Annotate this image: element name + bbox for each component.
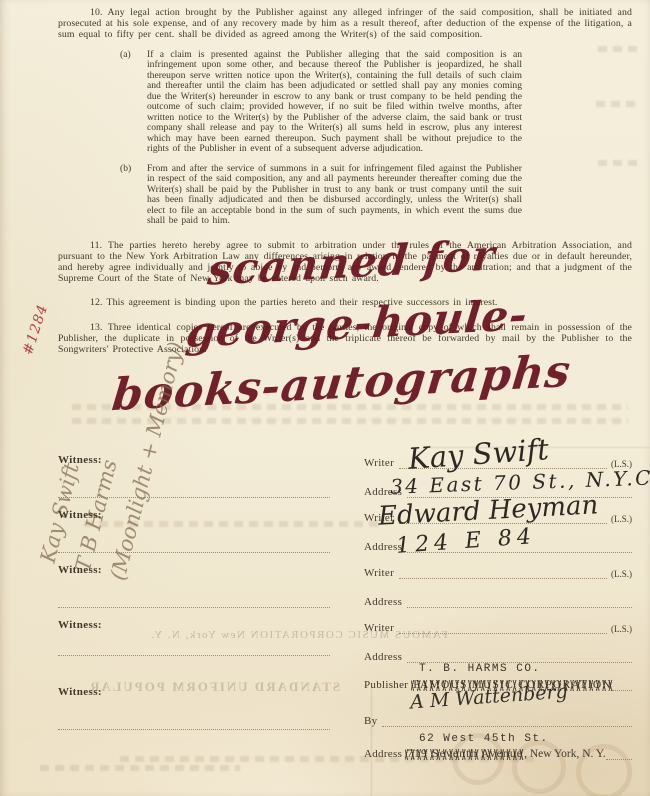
writer-label: Writer xyxy=(364,512,394,524)
address-line xyxy=(407,539,632,553)
struck-publisher-name: FAMOUS MUSIC CORPORATION xyxy=(413,679,612,691)
address-label: Address xyxy=(364,748,402,760)
paragraph-10b-text: From and after the service of summons in… xyxy=(147,164,522,227)
paragraph-10: 10. Any legal action brought by the Publ… xyxy=(58,7,632,41)
ls-seal-label: (L.S.) xyxy=(611,459,632,469)
signature-row-3: Witness: Writer (L.S.) Address xyxy=(58,557,632,612)
writer-signature-line xyxy=(399,565,607,579)
writer-label: Writer xyxy=(364,622,394,634)
signature-row-2: Witness: Writer (L.S.) Address xyxy=(58,502,632,557)
publisher-line xyxy=(612,677,632,691)
witness-signature-line xyxy=(58,729,330,730)
paragraph-10a-label: (a) xyxy=(120,50,147,155)
margin-catalog-number: #1284 xyxy=(20,302,51,357)
writer-label: Writer xyxy=(364,457,394,469)
writer-signature-line xyxy=(399,510,607,524)
signature-row-1: Witness: Writer (L.S.) Address xyxy=(58,447,632,502)
publisher-address-rest: , New York, N. Y. xyxy=(524,748,605,760)
publisher-row: Witness: T. B. HARMS CO. Publisher FAMOU… xyxy=(58,660,632,760)
writer-label: Writer xyxy=(364,567,394,579)
witness-signature-line xyxy=(58,552,330,553)
witness-signature-line xyxy=(58,655,330,656)
paragraph-11: 11. The parties hereto hereby agree to s… xyxy=(58,240,632,285)
address-label: Address xyxy=(364,486,402,498)
witness-label: Witness: xyxy=(58,564,330,576)
signature-row-4: Witness: Writer (L.S.) Address xyxy=(58,612,632,660)
writer-signature-line xyxy=(399,455,607,469)
paragraph-12: 12. This agreement is binding upon the p… xyxy=(58,297,632,308)
witness-label: Witness: xyxy=(58,686,330,698)
paragraph-10a: (a) If a claim is presented against the … xyxy=(120,50,522,155)
publisher-address-stamp: 62 West 45th St. xyxy=(419,733,632,745)
paragraph-10b-label: (b) xyxy=(120,164,147,227)
publisher-label: Publisher xyxy=(364,679,408,691)
contract-body: 10. Any legal action brought by the Publ… xyxy=(58,7,632,364)
address-line xyxy=(407,484,632,498)
address-label: Address xyxy=(364,596,402,608)
publisher-name-stamp: T. B. HARMS CO. xyxy=(419,663,632,675)
paragraph-10a-text: If a claim is presented against the Publ… xyxy=(147,50,522,155)
by-label: By xyxy=(364,715,377,727)
signature-section: Witness: Writer (L.S.) Address Witness: xyxy=(58,447,632,760)
bleedthrough-fragment xyxy=(40,765,240,771)
ls-seal-label: (L.S.) xyxy=(611,624,632,634)
witness-label: Witness: xyxy=(58,454,330,466)
address-label: Address xyxy=(364,541,402,553)
witness-label: Witness: xyxy=(58,619,330,631)
by-signature-line xyxy=(382,713,632,727)
witness-signature-line xyxy=(58,607,330,608)
witness-signature-line xyxy=(58,497,330,498)
witness-label: Witness: xyxy=(58,509,330,521)
struck-publisher-address: 719 Seventh Avenue xyxy=(407,748,523,760)
ls-seal-label: (L.S.) xyxy=(611,514,632,524)
contract-page: FAMOUS MUSIC CORPORATION New York, N. Y.… xyxy=(0,0,650,796)
paragraph-10b: (b) From and after the service of summon… xyxy=(120,164,522,227)
ls-seal-label: (L.S.) xyxy=(611,569,632,579)
address-line xyxy=(606,746,632,760)
address-line xyxy=(407,594,632,608)
writer-signature-line xyxy=(399,620,607,634)
